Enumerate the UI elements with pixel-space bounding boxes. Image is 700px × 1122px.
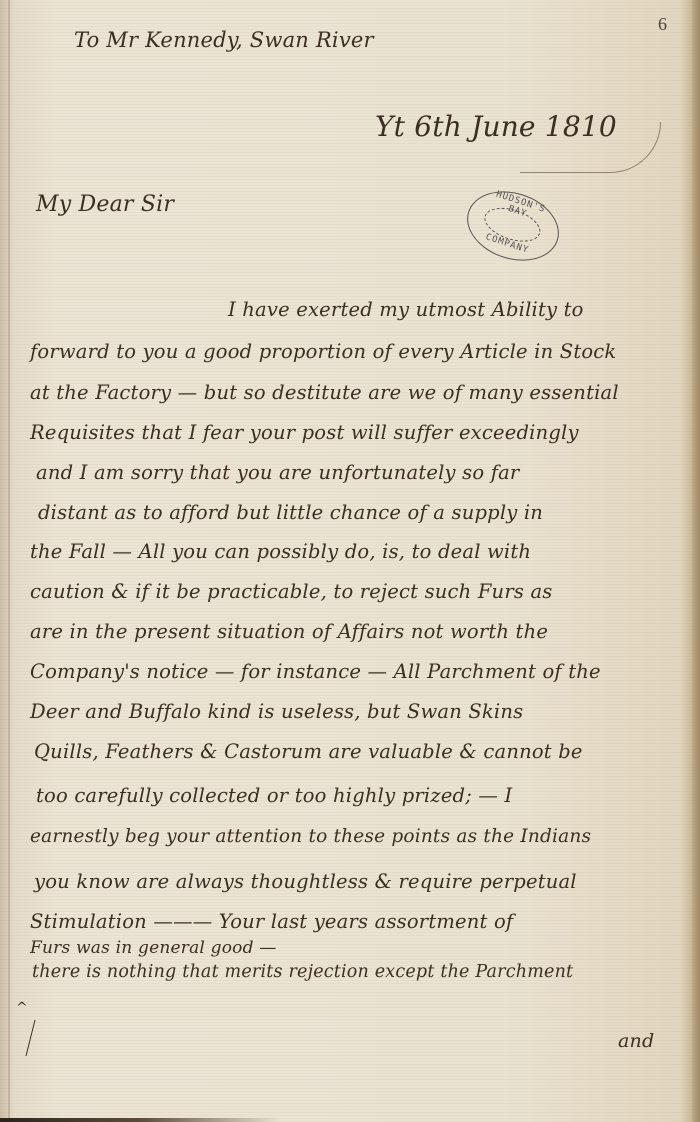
body-line: Company's notice — for instance — All Pa…: [30, 660, 601, 683]
insertion-caret: ^: [16, 1000, 28, 1016]
body-line: earnestly beg your attention to these po…: [30, 826, 591, 847]
page-edge-right: [692, 0, 700, 1122]
catchword: and: [618, 1030, 654, 1052]
page-number: 6: [658, 14, 667, 35]
body-line: the Fall — All you can possibly do, is, …: [30, 540, 531, 563]
insertion-mark: [26, 1020, 50, 1056]
body-line: and I am sorry that you are unfortunatel…: [36, 461, 519, 484]
body-line: are in the present situation of Affairs …: [30, 620, 548, 643]
body-line: Requisites that I fear your post will su…: [30, 421, 579, 444]
body-line-inserted: Furs was in general good —: [30, 938, 277, 958]
salutation: My Dear Sir: [36, 192, 174, 217]
body-line: too carefully collected or too highly pr…: [36, 784, 512, 807]
body-line: there is nothing that merits rejection e…: [32, 962, 573, 982]
body-line: caution & if it be practicable, to rejec…: [30, 580, 552, 603]
body-line: Stimulation ——— Your last years assortme…: [30, 910, 513, 933]
hudsons-bay-company-stamp: HUDSON'S BAY COMPANY: [458, 180, 568, 272]
body-line: at the Factory — but so destitute are we…: [30, 381, 619, 404]
body-line: distant as to afford but little chance o…: [38, 501, 543, 524]
body-line: I have exerted my utmost Ability to: [228, 298, 584, 321]
date-flourish: [520, 122, 661, 173]
body-line: you know are always thoughtless & requir…: [34, 870, 577, 893]
body-line: forward to you a good proportion of ever…: [30, 340, 616, 363]
manuscript-page: 6 To Mr Kennedy, Swan River Yt 6th June …: [0, 0, 700, 1122]
page-edge-bottom: [0, 1118, 700, 1122]
body-line: Quills, Feathers & Castorum are valuable…: [34, 740, 583, 763]
body-line: Deer and Buffalo kind is useless, but Sw…: [30, 700, 523, 723]
addressee-line: To Mr Kennedy, Swan River: [74, 28, 374, 52]
